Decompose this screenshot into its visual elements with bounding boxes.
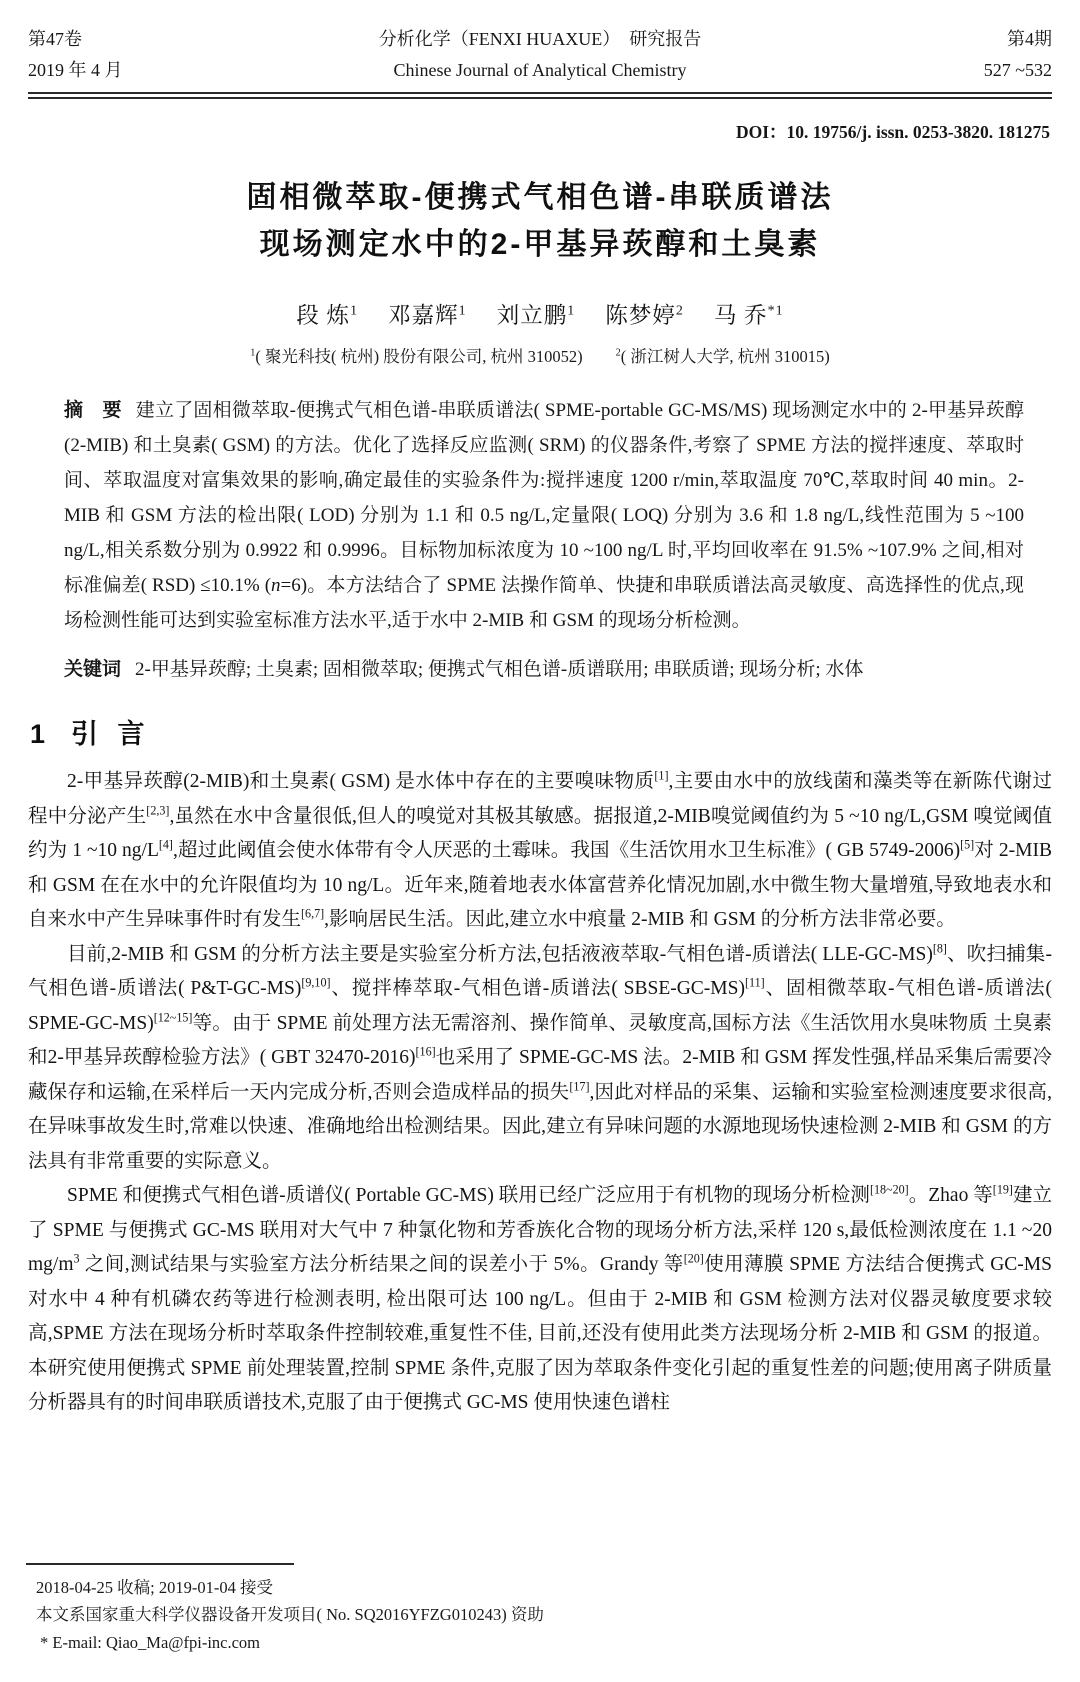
- issue-number: 第4期: [832, 24, 1052, 55]
- abstract-block: 摘 要建立了固相微萃取-便携式气相色谱-串联质谱法( SPME-portable…: [64, 393, 1024, 638]
- author-list: 段 炼1 邓嘉辉1 刘立鹏1 陈梦婷2 马 乔*1: [28, 298, 1052, 330]
- journal-header: 第47卷 2019 年 4 月 分析化学（FENXI HUAXUE） 研究报告 …: [28, 24, 1052, 86]
- keywords-label: 关键词: [64, 659, 121, 680]
- section-heading-introduction: 1引 言: [30, 712, 1052, 751]
- header-divider: [28, 92, 1052, 99]
- section-title: 引 言: [71, 719, 151, 749]
- page-range: 527 ~532: [832, 55, 1052, 86]
- article-title-line2: 现场测定水中的2-甲基异莰醇和土臭素: [28, 221, 1052, 268]
- intro-paragraph-2: 目前,2-MIB 和 GSM 的分析方法主要是实验室分析方法,包括液液萃取-气相…: [28, 938, 1052, 1180]
- abstract-label: 摘 要: [64, 400, 122, 421]
- footnote-funding: 本文系国家重大科学仪器设备开发项目( No. SQ2016YFZG010243)…: [26, 1601, 1052, 1629]
- journal-title-cn: 分析化学（FENXI HUAXUE） 研究报告: [248, 24, 832, 55]
- doi-line: DOI：10. 19756/j. issn. 0253-3820. 181275: [28, 119, 1052, 144]
- intro-paragraph-1: 2-甲基异莰醇(2-MIB)和土臭素( GSM) 是水体中存在的主要嗅味物质[1…: [28, 765, 1052, 938]
- header-left: 第47卷 2019 年 4 月: [28, 24, 248, 86]
- volume-label: 第47卷: [28, 24, 248, 55]
- section-number: 1: [30, 719, 45, 749]
- keywords-block: 关键词2-甲基异莰醇; 土臭素; 固相微萃取; 便携式气相色谱-质谱联用; 串联…: [64, 653, 1024, 686]
- header-center: 分析化学（FENXI HUAXUE） 研究报告 Chinese Journal …: [248, 24, 832, 86]
- footnote-divider: [26, 1563, 294, 1565]
- footnote-block: 2018-04-25 收稿; 2019-01-04 接受 本文系国家重大科学仪器…: [26, 1563, 1052, 1657]
- keywords-text: 2-甲基异莰醇; 土臭素; 固相微萃取; 便携式气相色谱-质谱联用; 串联质谱;…: [135, 659, 863, 680]
- intro-paragraph-3: SPME 和便携式气相色谱-质谱仪( Portable GC-MS) 联用已经广…: [28, 1179, 1052, 1421]
- header-right: 第4期 527 ~532: [832, 24, 1052, 86]
- issue-date: 2019 年 4 月: [28, 55, 248, 86]
- paper-page: 第47卷 2019 年 4 月 分析化学（FENXI HUAXUE） 研究报告 …: [0, 0, 1080, 1682]
- footnote-received: 2018-04-25 收稿; 2019-01-04 接受: [26, 1574, 1052, 1602]
- article-title: 固相微萃取-便携式气相色谱-串联质谱法 现场测定水中的2-甲基异莰醇和土臭素: [28, 174, 1052, 268]
- affiliation-list: 1( 聚光科技( 杭州) 股份有限公司, 杭州 310052) 2( 浙江树人大…: [28, 343, 1052, 367]
- abstract-text: 建立了固相微萃取-便携式气相色谱-串联质谱法( SPME-portable GC…: [64, 400, 1024, 631]
- article-title-line1: 固相微萃取-便携式气相色谱-串联质谱法: [28, 174, 1052, 221]
- footnote-email: * E-mail: Qiao_Ma@fpi-inc.com: [26, 1629, 1052, 1657]
- journal-title-en: Chinese Journal of Analytical Chemistry: [248, 55, 832, 86]
